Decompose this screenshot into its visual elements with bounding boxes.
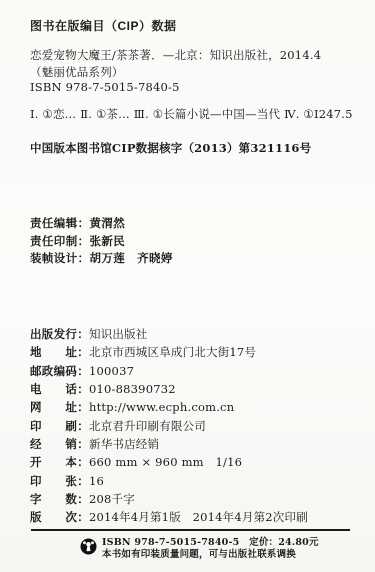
- pub-row-postcode: 邮政编码：100037: [30, 363, 308, 381]
- pub-label: 印 张：: [30, 476, 89, 488]
- cip-title: 图书在版编目（CIP）数据: [30, 17, 177, 34]
- staff-value: 张新民: [90, 236, 126, 248]
- pub-row-publisher: 出版发行：知识出版社: [30, 326, 308, 344]
- pub-value: 208千字: [89, 492, 135, 506]
- pub-value: 2014年4月第1版 2014年4月第2次印刷: [89, 510, 308, 524]
- cip-series: （魅丽优品系列）: [30, 64, 124, 80]
- pub-row-printer: 印 刷：北京君升印刷有限公司: [30, 418, 308, 436]
- pub-label: 邮政编码：: [30, 366, 89, 378]
- pub-value: 北京市西城区阜成门北大街17号: [89, 345, 256, 359]
- pub-row-word-count: 字 数：208千字: [30, 491, 308, 509]
- pub-label: 版 次：: [30, 512, 89, 524]
- pub-label: 出版发行：: [30, 329, 89, 341]
- staff-row-printing: 责任印制：张新民: [30, 234, 173, 252]
- pub-row-address: 地 址：北京市西城区阜成门北大街17号: [30, 344, 308, 362]
- publisher-logo-icon: [80, 538, 97, 559]
- pub-value: 100037: [89, 364, 134, 378]
- footer: ISBN 978-7-5015-7840-5 定价：24.80元 本书如有印装质…: [80, 537, 319, 561]
- pub-label: 字 数：: [30, 494, 89, 506]
- pub-value: 010-88390732: [89, 382, 176, 396]
- staff-label: 责任编辑：: [30, 218, 90, 230]
- pub-label: 网 址：: [30, 402, 89, 414]
- pub-label: 开 本：: [30, 457, 89, 469]
- pub-row-sheets: 印 张：16: [30, 473, 308, 491]
- pub-label: 经 销：: [30, 439, 89, 451]
- pub-row-edition: 版 次：2014年4月第1版 2014年4月第2次印刷: [30, 509, 308, 527]
- pub-value: 知识出版社: [89, 327, 148, 341]
- cip-record-number: 中国版本图书馆CIP数据核字（2013）第321116号: [30, 140, 311, 156]
- pub-value: 北京君升印刷有限公司: [89, 419, 206, 433]
- colophon-page: 图书在版编目（CIP）数据 恋爱宠物大魔王/茶茶著．—北京：知识出版社，2014…: [0, 0, 375, 572]
- staff-row-editor: 责任编辑：黄渭然: [30, 216, 173, 234]
- footer-isbn-price: ISBN 978-7-5015-7840-5 定价：24.80元: [102, 537, 319, 549]
- footer-text: ISBN 978-7-5015-7840-5 定价：24.80元 本书如有印装质…: [102, 537, 319, 561]
- pub-row-format: 开 本：660 mm × 960 mm 1/16: [30, 454, 308, 472]
- cip-isbn: ISBN 978-7-5015-7840-5: [30, 80, 180, 94]
- cip-entry: 恋爱宠物大魔王/茶茶著．—北京：知识出版社，2014.4: [30, 47, 321, 63]
- footer-quality-note: 本书如有印装质量问题，可与出版社联系调换: [102, 549, 319, 561]
- staff-value: 黄渭然: [90, 218, 126, 230]
- pub-row-website: 网 址：http://www.ecph.com.cn: [30, 399, 308, 417]
- pub-row-distributor: 经 销：新华书店经销: [30, 436, 308, 454]
- staff-row-design: 装帧设计：胡万莲 齐晓婷: [30, 251, 173, 269]
- pub-row-phone: 电 话：010-88390732: [30, 381, 308, 399]
- staff-value: 胡万莲 齐晓婷: [90, 253, 173, 265]
- pub-label: 电 话：: [30, 384, 89, 396]
- pub-value: 660 mm × 960 mm 1/16: [89, 455, 242, 469]
- publication-info: 出版发行：知识出版社 地 址：北京市西城区阜成门北大街17号 邮政编码：1000…: [30, 326, 308, 528]
- pub-value: 16: [89, 474, 104, 488]
- pub-value: 新华书店经销: [89, 437, 159, 451]
- staff-label: 责任印制：: [30, 236, 90, 248]
- staff-credits: 责任编辑：黄渭然 责任印制：张新民 装帧设计：胡万莲 齐晓婷: [30, 216, 173, 269]
- cip-classification: Ⅰ. ①恋… Ⅱ. ①茶… Ⅲ. ①长篇小说—中国—当代 Ⅳ. ①I247.5: [30, 106, 353, 122]
- pub-label: 印 刷：: [30, 421, 89, 433]
- pub-label: 地 址：: [30, 347, 89, 359]
- footer-divider: [31, 529, 350, 531]
- staff-label: 装帧设计：: [30, 253, 90, 265]
- pub-value: http://www.ecph.com.cn: [89, 400, 234, 414]
